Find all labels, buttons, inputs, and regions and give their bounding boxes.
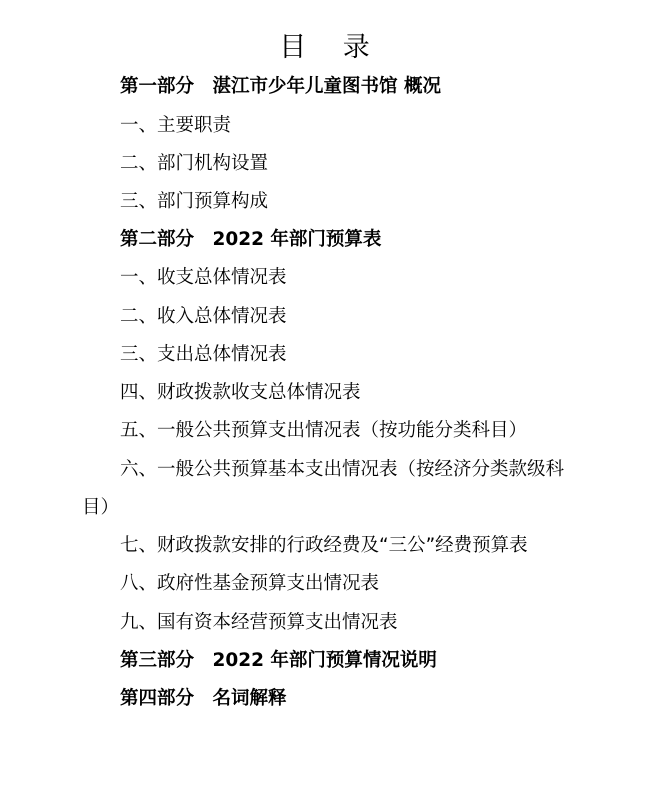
toc-item: 八、政府性基金预算支出情况表 <box>120 572 379 596</box>
toc-part-4: 第四部分 名词解释 <box>120 687 287 711</box>
toc-part-3: 第三部分 2022 年部门预算情况说明 <box>120 649 437 673</box>
toc-part-2: 第二部分 2022 年部门预算表 <box>120 228 381 252</box>
page-title: 目 录 <box>0 30 663 66</box>
toc-item: 一、主要职责 <box>120 114 231 138</box>
toc-item: 九、国有资本经营预算支出情况表 <box>120 611 398 635</box>
toc-item: 五、一般公共预算支出情况表（按功能分类科目） <box>120 419 527 443</box>
toc-item: 三、支出总体情况表 <box>120 343 287 367</box>
toc-item: 七、财政拨款安排的行政经费及“三公”经费预算表 <box>120 534 528 558</box>
toc-part-1: 第一部分 湛江市少年儿童图书馆 概况 <box>120 75 441 99</box>
toc-item: 二、部门机构设置 <box>120 152 268 176</box>
toc-item: 一、收支总体情况表 <box>120 266 287 290</box>
toc-item: 二、收入总体情况表 <box>120 305 287 329</box>
toc-item: 三、部门预算构成 <box>120 190 268 214</box>
toc-item: 四、财政拨款收支总体情况表 <box>120 381 361 405</box>
toc-item-continuation: 目） <box>82 496 119 520</box>
toc-item: 六、一般公共预算基本支出情况表（按经济分类款级科 <box>120 458 564 482</box>
